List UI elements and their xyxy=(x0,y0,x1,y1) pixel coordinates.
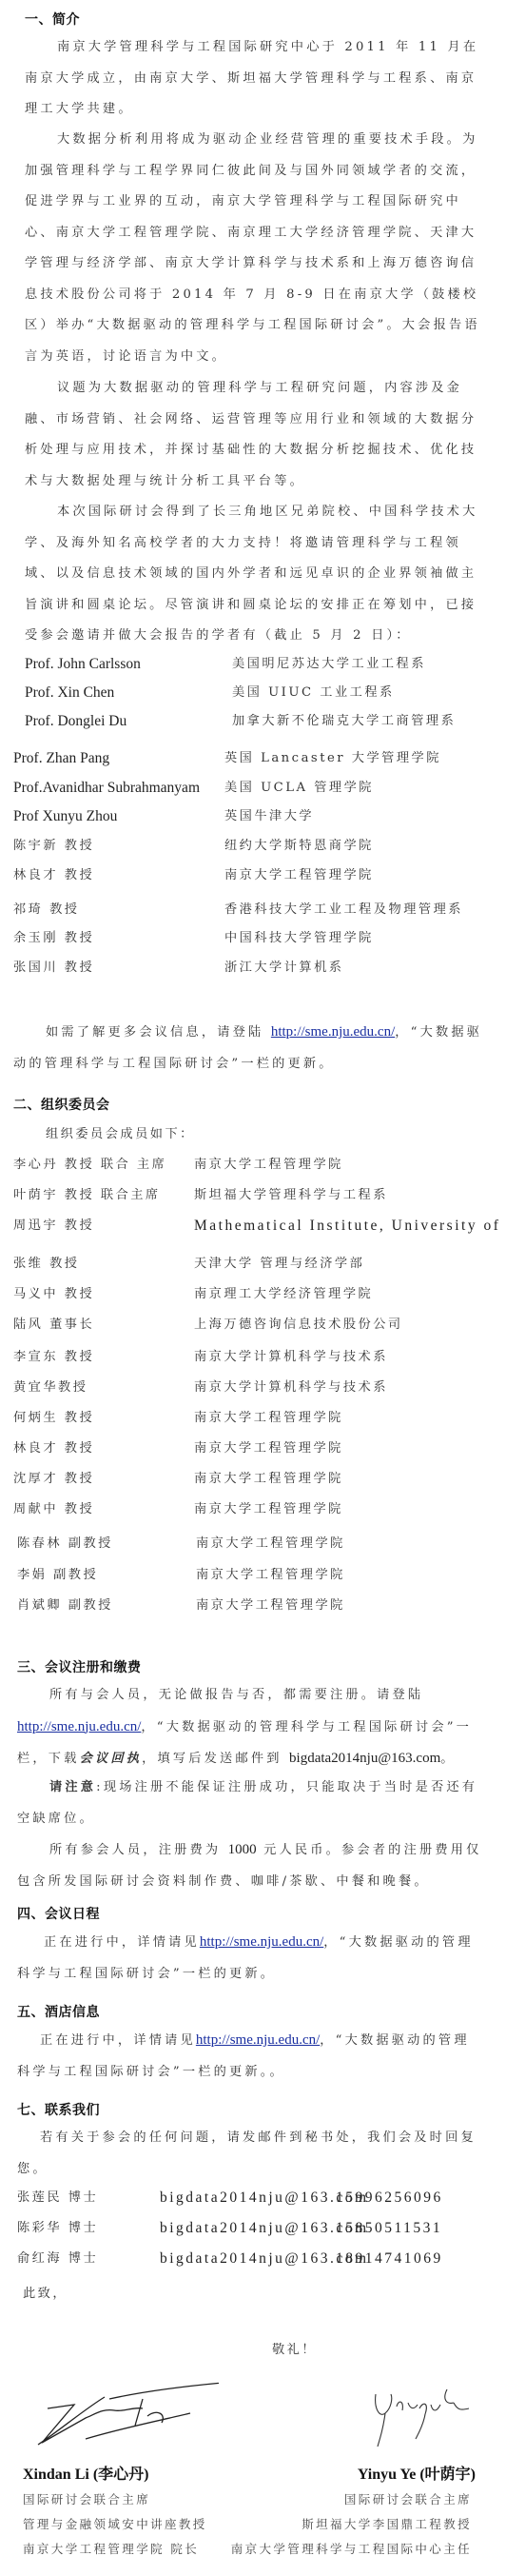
speaker-affiliation: 纽约大学斯特恩商学院 xyxy=(224,832,374,861)
speaker-name: 祁琦 教授 xyxy=(13,896,79,924)
speaker-name: 林良才 教授 xyxy=(13,862,94,890)
member-row: 叶荫宇 教授 联合主席斯坦福大学管理科学与工程系 xyxy=(13,1181,489,1210)
member-affiliation: 南京理工大学经济管理学院 xyxy=(194,1280,373,1309)
fee-amount: 1000 xyxy=(228,1842,257,1857)
speaker-row: Prof.Avanidhar Subrahmanyam 美国 UCLA 管理学院 xyxy=(13,774,489,803)
speaker-affiliation: 南京大学工程管理学院 xyxy=(224,862,374,890)
speaker-name: Prof.Avanidhar Subrahmanyam xyxy=(13,774,200,803)
speaker-affiliation: 加拿大新不伦瑞克大学工商管理系 xyxy=(232,707,456,736)
member-name: 马义中 教授 xyxy=(13,1280,94,1309)
section-heading-schedule: 四、会议日程 xyxy=(17,1904,100,1923)
registration-fee: 所有参会人员，注册费为 1000 元人民币。参会者的注册费用仅包含所发国际研讨会… xyxy=(17,1834,483,1897)
speaker-name: Prof. Zhan Pang xyxy=(13,744,109,773)
member-name: 叶荫宇 教授 联合主席 xyxy=(13,1181,161,1210)
section-heading-contact: 七、联系我们 xyxy=(17,2100,100,2119)
speaker-row: 张国川 教授 浙江大学计算机系 xyxy=(13,954,489,982)
member-name: 李心丹 教授 联合 主席 xyxy=(13,1151,166,1179)
member-row: 陈春林 副教授南京大学工程管理学院 xyxy=(17,1530,493,1558)
member-affiliation: 南京大学计算机科学与技术系 xyxy=(194,1374,388,1402)
speaker-name: 陈宇新 教授 xyxy=(13,832,94,861)
member-row: 李宣东 教授南京大学计算机科学与技术系 xyxy=(13,1343,489,1372)
speaker-affiliation: 浙江大学计算机系 xyxy=(224,954,344,982)
section-heading-committee: 二、组织委员会 xyxy=(13,1095,110,1114)
registration-email[interactable]: bigdata2014nju@163.com xyxy=(289,1751,440,1766)
member-row: 肖斌卿 副教授南京大学工程管理学院 xyxy=(17,1592,493,1620)
member-name: 沈厚才 教授 xyxy=(13,1465,94,1494)
member-name: 陆风 董事长 xyxy=(13,1311,94,1339)
member-affiliation: Mathematical Institute, University of Ox… xyxy=(194,1212,506,1240)
speaker-name: 张国川 教授 xyxy=(13,954,94,982)
hotel-paragraph: 正在进行中，详情请见http://sme.nju.edu.cn/，“大数据驱动的… xyxy=(17,2025,483,2088)
speaker-name: Prof. Xin Chen xyxy=(25,679,114,707)
member-row: 周献中 教授南京大学工程管理学院 xyxy=(13,1496,489,1524)
member-name: 肖斌卿 副教授 xyxy=(17,1592,113,1620)
speaker-affiliation: 美国 UCLA 管理学院 xyxy=(224,774,374,803)
speaker-row: Prof. John Carlsson 美国明尼苏达大学工业工程系 xyxy=(25,650,481,679)
signature-title-left: 国际研讨会联合主席 xyxy=(23,2490,150,2507)
schedule-website-link[interactable]: http://sme.nju.edu.cn/ xyxy=(200,1934,323,1950)
contact-phone: 15996256096 xyxy=(336,2184,443,2212)
member-affiliation: 南京大学工程管理学院 xyxy=(196,1561,345,1590)
speaker-row: 林良才 教授 南京大学工程管理学院 xyxy=(13,862,489,890)
contact-name: 俞红海 博士 xyxy=(17,2245,98,2273)
member-name: 李娟 副教授 xyxy=(17,1561,98,1590)
member-affiliation: 南京大学工程管理学院 xyxy=(194,1496,343,1524)
intro-paragraph-1: 南京大学管理科学与工程国际研究中心于 2011 年 11 月在南京大学成立，由南… xyxy=(25,32,483,126)
member-affiliation: 南京大学工程管理学院 xyxy=(196,1592,345,1620)
contact-intro: 若有关于参会的任何问题，请发邮件到秘书处，我们会及时回复您。 xyxy=(17,2123,483,2185)
member-name: 陈春林 副教授 xyxy=(17,1530,113,1558)
speaker-row: Prof. Donglei Du 加拿大新不伦瑞克大学工商管理系 xyxy=(25,707,481,736)
speaker-affiliation: 英国牛津大学 xyxy=(224,803,314,831)
member-row: 马义中 教授南京理工大学经济管理学院 xyxy=(13,1280,489,1309)
intro-paragraph-4: 本次国际研讨会得到了长三角地区兄弟院校、中国科学技术大学、及海外知名高校学者的大… xyxy=(25,497,483,652)
speaker-affiliation: 香港科技大学工业工程及物理管理系 xyxy=(224,896,463,924)
signature-name-right: Yinyu Ye (叶荫宇) xyxy=(358,2462,476,2484)
speaker-row: 祁琦 教授 香港科技大学工业工程及物理管理系 xyxy=(13,896,489,924)
speaker-name: 余玉刚 教授 xyxy=(13,924,94,953)
member-affiliation: 天津大学 管理与经济学部 xyxy=(194,1250,364,1278)
intro-paragraph-3: 议题为大数据驱动的管理科学与工程研究问题，内容涉及金融、市场营销、社会网络、运营… xyxy=(25,373,483,497)
signature-title-left: 南京大学工程管理学院 院长 xyxy=(23,2540,199,2557)
more-info-paragraph: 如需了解更多会议信息，请登陆 http://sme.nju.edu.cn/，“大… xyxy=(13,1017,483,1080)
note-label: 请注意 xyxy=(49,1780,96,1794)
document-page: 一、简介 南京大学管理科学与工程国际研究中心于 2011 年 11 月在南京大学… xyxy=(0,0,506,2576)
speaker-row: 陈宇新 教授 纽约大学斯特恩商学院 xyxy=(13,832,489,861)
contact-name: 陈彩华 博士 xyxy=(17,2214,98,2243)
signature-title-right: 南京大学管理科学与工程国际中心主任 xyxy=(231,2540,472,2557)
contact-row: 张莲民 博士 bigdata2014nju@163.com 1599625609… xyxy=(17,2184,493,2212)
signature-image-right xyxy=(366,2380,480,2451)
speaker-affiliation: 中国科技大学管理学院 xyxy=(224,924,374,953)
member-row: 陆风 董事长上海万德咨询信息技术股份公司 xyxy=(13,1311,489,1339)
contact-phone: 15850511531 xyxy=(336,2214,442,2243)
member-row: 李心丹 教授 联合 主席南京大学工程管理学院 xyxy=(13,1151,489,1179)
member-affiliation: 斯坦福大学管理科学与工程系 xyxy=(194,1181,388,1210)
signature-title-left: 管理与金融领域安中讲座教授 xyxy=(23,2515,207,2532)
speaker-affiliation: 美国明尼苏达大学工业工程系 xyxy=(232,650,426,679)
signature-image-left xyxy=(29,2380,219,2451)
contact-row: 俞红海 博士 bigdata2014nju@163.com 1891474106… xyxy=(17,2245,493,2273)
member-affiliation: 南京大学工程管理学院 xyxy=(194,1151,343,1179)
speaker-name: Prof. John Carlsson xyxy=(25,650,141,679)
member-row: 沈厚才 教授南京大学工程管理学院 xyxy=(13,1465,489,1494)
registration-note: 请注意:现场注册不能保证注册成功，只能取决于当时是否还有空缺席位。 xyxy=(17,1773,483,1834)
speaker-row: Prof. Xin Chen 美国 UIUC 工业工程系 xyxy=(25,679,481,707)
member-row: 林良才 教授南京大学工程管理学院 xyxy=(13,1435,489,1463)
member-affiliation: 南京大学工程管理学院 xyxy=(194,1465,343,1494)
contact-phone: 18914741069 xyxy=(336,2245,443,2273)
speaker-affiliation: 英国 Lancaster 大学管理学院 xyxy=(224,744,441,773)
member-name: 李宣东 教授 xyxy=(13,1343,94,1372)
speaker-row: Prof Xunyu Zhou 英国牛津大学 xyxy=(13,803,489,831)
member-affiliation: 南京大学工程管理学院 xyxy=(194,1435,343,1463)
member-name: 张维 教授 xyxy=(13,1250,79,1278)
member-row: 张维 教授天津大学 管理与经济学部 xyxy=(13,1250,489,1278)
speaker-name: Prof Xunyu Zhou xyxy=(13,803,117,831)
signature-title-right: 国际研讨会联合主席 xyxy=(344,2490,472,2507)
registration-paragraph: 所有与会人员，无论做报告与否，都需要注册。请登陆http://sme.nju.e… xyxy=(17,1680,483,1775)
contact-row: 陈彩华 博士 bigdata2014nju@163.com 1585051153… xyxy=(17,2214,493,2243)
speaker-row: 余玉刚 教授 中国科技大学管理学院 xyxy=(13,924,489,953)
member-name: 黄宜华教授 xyxy=(13,1374,88,1402)
receipt-form-label: 会议回执 xyxy=(80,1752,143,1766)
member-name: 林良才 教授 xyxy=(13,1435,94,1463)
member-row: 李娟 副教授南京大学工程管理学院 xyxy=(17,1561,493,1590)
contact-name: 张莲民 博士 xyxy=(17,2184,98,2212)
member-row: 黄宜华教授南京大学计算机科学与技术系 xyxy=(13,1374,489,1402)
signature-name-left: Xindan Li (李心丹) xyxy=(23,2462,148,2484)
intro-paragraph-2: 大数据分析利用将成为驱动企业经营管理的重要技术手段。为加强管理科学与工程学界同仁… xyxy=(25,125,483,372)
member-name: 何炳生 教授 xyxy=(13,1404,94,1433)
section-heading-intro: 一、简介 xyxy=(25,10,80,29)
signature-title-right: 斯坦福大学李国鼎工程教授 xyxy=(302,2515,472,2532)
speaker-name: Prof. Donglei Du xyxy=(25,707,126,736)
member-row: 何炳生 教授南京大学工程管理学院 xyxy=(13,1404,489,1433)
registration-website-link[interactable]: http://sme.nju.edu.cn/ xyxy=(17,1719,141,1734)
speaker-row: Prof. Zhan Pang 英国 Lancaster 大学管理学院 xyxy=(13,744,489,773)
hotel-website-link[interactable]: http://sme.nju.edu.cn/ xyxy=(196,2032,320,2048)
schedule-paragraph: 正在进行中，详情请见http://sme.nju.edu.cn/，“大数据驱动的… xyxy=(17,1927,483,1990)
section-heading-hotel: 五、酒店信息 xyxy=(17,2002,100,2021)
member-affiliation: 南京大学工程管理学院 xyxy=(194,1404,343,1433)
website-link[interactable]: http://sme.nju.edu.cn/ xyxy=(271,1024,395,1040)
section-heading-registration: 三、会议注册和缴费 xyxy=(17,1657,142,1676)
member-row: 周迅宇 教授Mathematical Institute, University… xyxy=(13,1212,489,1240)
member-affiliation: 南京大学工程管理学院 xyxy=(196,1530,345,1558)
speaker-affiliation: 美国 UIUC 工业工程系 xyxy=(232,679,395,707)
member-name: 周献中 教授 xyxy=(13,1496,94,1524)
member-name: 周迅宇 教授 xyxy=(13,1212,94,1240)
member-affiliation: 上海万德咨询信息技术股份公司 xyxy=(194,1311,403,1339)
member-affiliation: 南京大学计算机科学与技术系 xyxy=(194,1343,388,1372)
